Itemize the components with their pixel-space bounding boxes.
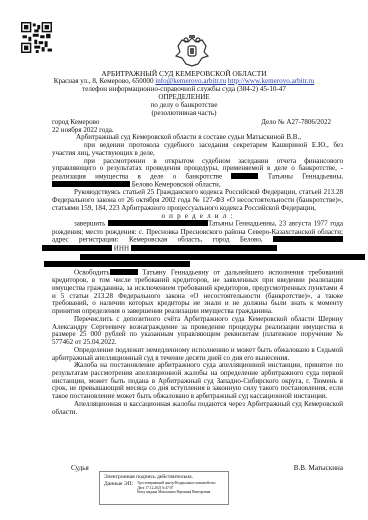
redacted-block (60, 254, 345, 262)
redaction (52, 181, 130, 187)
paragraph-remuneration: Перечислить с депозитного счёта Арбитраж… (52, 316, 343, 347)
website-link[interactable]: http://www.kemerovo.arbitr.ru (228, 77, 314, 85)
paragraph-protocol: при ведении протокола судебного заседани… (52, 142, 343, 157)
paragraph-appeal-cassation: Жалоба на постановление арбитражного суд… (52, 362, 343, 401)
qr-code-icon (21, 22, 52, 53)
russian-coat-of-arms-icon (172, 34, 212, 70)
redaction (131, 245, 277, 251)
doc-part: (резолютивная часть) (0, 110, 368, 118)
email-link[interactable]: info@kemerovo.arbitr.ru (155, 77, 226, 85)
judge-name: В.В. Матыскина (294, 464, 343, 472)
ep-title: Электронная подпись действительна. (104, 474, 224, 480)
paragraph-consideration: при рассмотрении в открытом судебном зас… (52, 158, 343, 190)
paragraph-release-obligations: Освободить Татьяну Геннадьевну от дальне… (52, 269, 343, 316)
ep-label: Данные ЭП: (104, 481, 133, 494)
redaction (42, 245, 112, 251)
electronic-signature-stamp: Электронная подпись действительна. Данны… (99, 471, 229, 505)
paragraph-complete-procedure: завершить Татьяны Геннадьевны, 23 август… (52, 220, 343, 252)
court-address: Красная ул., 8, Кемерово, 650000 (54, 77, 154, 85)
court-document-page: АРБИТРАЖНЫЙ СУД КЕМЕРОВСКОЙ ОБЛАСТИ Крас… (0, 0, 368, 520)
redaction (110, 269, 138, 275)
ep-owner: Кому выдана Матыскина Вероника Викторовн… (137, 490, 215, 494)
judge-label: Судья (71, 464, 89, 472)
redaction (273, 236, 343, 242)
paragraph-appeal-route: Апелляционная и кассационная жалобы пода… (52, 401, 343, 416)
paragraph-legal-basis: Руководствуясь статьей 25 Гражданского к… (52, 189, 343, 212)
redaction (108, 220, 208, 226)
paragraph-appeal-first: Определение подлежит немедленному исполн… (52, 347, 343, 362)
case-number: Дело № А27-7806/2022 (261, 119, 331, 127)
redaction (231, 173, 258, 179)
document-body: город Кемерово Дело № А27-7806/2022 22 н… (52, 119, 343, 416)
